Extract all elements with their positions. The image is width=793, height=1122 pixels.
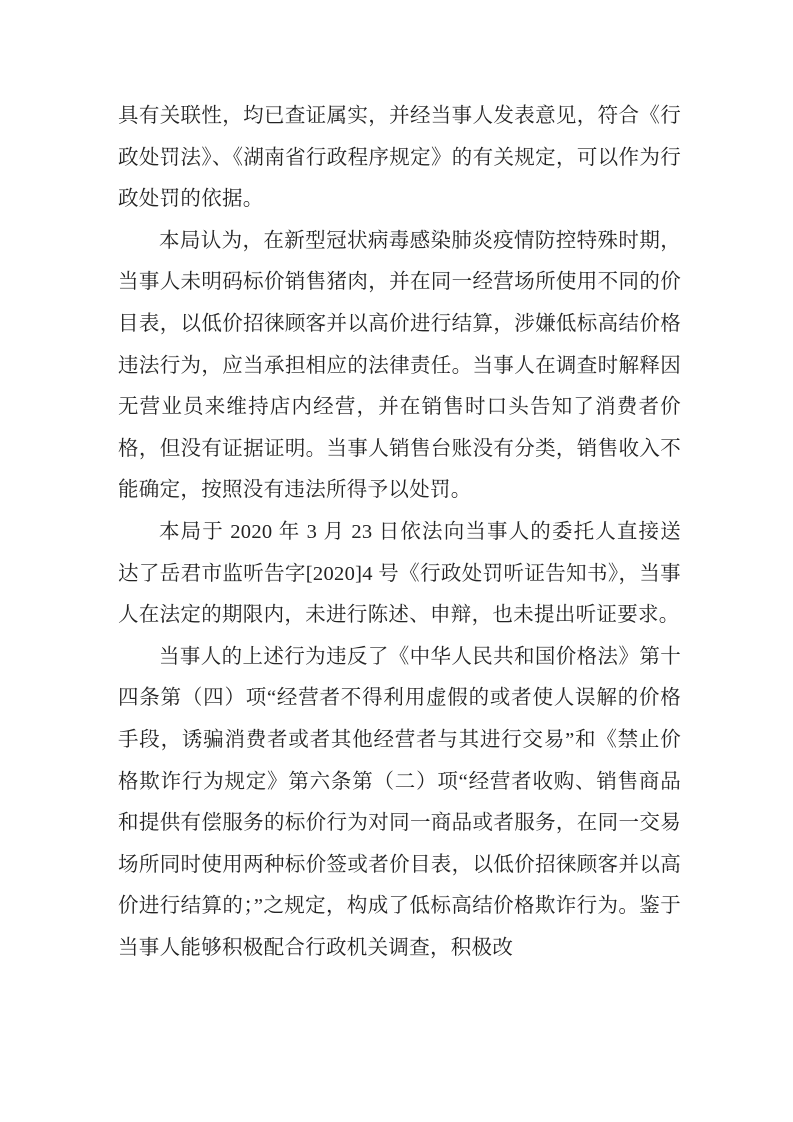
document-text-block: 具有关联性，均已查证属实，并经当事人发表意见，符合《行政处罚法》、《湖南省行政程…	[118, 96, 681, 969]
document-page: 具有关联性，均已查证属实，并经当事人发表意见，符合《行政处罚法》、《湖南省行政程…	[0, 0, 793, 1122]
paragraph: 具有关联性，均已查证属实，并经当事人发表意见，符合《行政处罚法》、《湖南省行政程…	[118, 96, 681, 221]
paragraph: 当事人的上述行为违反了《中华人民共和国价格法》第十四条第（四）项“经营者不得利用…	[118, 637, 681, 970]
paragraph: 本局认为，在新型冠状病毒感染肺炎疫情防控特殊时期，当事人未明码标价销售猪肉，并在…	[118, 221, 681, 512]
paragraph: 本局于 2020 年 3 月 23 日依法向当事人的委托人直接送达了岳君市监听告…	[118, 512, 681, 637]
